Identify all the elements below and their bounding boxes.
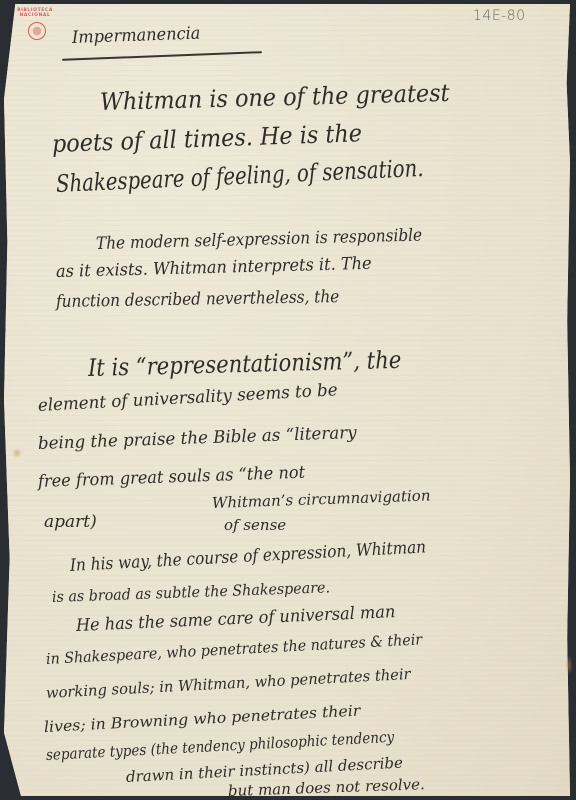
stamp-text: BIBLIOTECA NACIONAL [10,8,60,18]
line-11: apart) [44,512,97,532]
library-stamp: BIBLIOTECA NACIONAL [10,8,60,44]
foxing-stain [12,448,22,458]
seal-icon [28,22,46,40]
call-number: 14E-80 [473,8,526,24]
marginal-note-2: of sense [224,516,286,534]
foxing-stain [565,655,573,675]
